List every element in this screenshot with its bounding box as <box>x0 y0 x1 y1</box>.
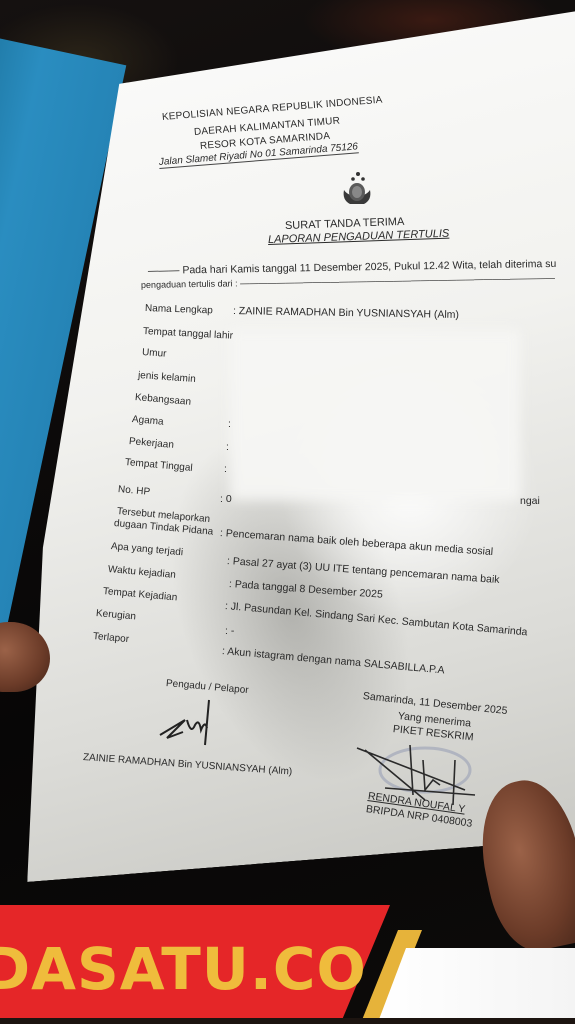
field-label-age: Umur <box>142 347 167 360</box>
detail-label-loss: Kerugian <box>96 608 137 622</box>
field-value-phone: : 0 <box>220 493 232 505</box>
field-value-occupation: : <box>226 441 229 453</box>
detail-label-what: Apa yang terjadi <box>111 541 184 558</box>
detail-value-loss: : - <box>225 625 234 637</box>
complainant-signature <box>155 690 235 750</box>
field-label-occupation: Pekerjaan <box>129 436 175 451</box>
police-emblem-icon <box>338 170 376 210</box>
field-label-gender: jenis kelamin <box>138 370 196 385</box>
field-label-address: Tempat Tinggal <box>125 457 194 474</box>
complainant-name: ZAINIE RAMADHAN Bin YUSNIANSYAH (Alm) <box>83 752 293 778</box>
report-value: : Pencemaran nama baik oleh beberapa aku… <box>220 527 494 558</box>
field-value-address: : <box>224 463 227 475</box>
field-value-name: : ZAINIE RAMADHAN Bin YUSNIANSYAH (Alm) <box>233 305 459 321</box>
detail-label-reported: Terlapor <box>93 631 130 645</box>
field-label-religion: Agama <box>132 414 165 428</box>
watermark-white-band <box>378 948 575 1022</box>
detail-label-when: Waktu kejadian <box>108 564 177 581</box>
field-value-phone-tail: ngai <box>520 495 540 507</box>
bottom-strip <box>0 1018 575 1024</box>
detail-value-when: : Pada tanggal 8 Desember 2025 <box>229 578 384 601</box>
letterhead-line-1: KEPOLISIAN NEGARA REPUBLIK INDONESIA <box>162 95 383 123</box>
field-label-birth: Tempat tanggal lahir <box>143 326 234 342</box>
detail-value-where: : Jl. Pasundan Kel. Sindang Sari Kec. Sa… <box>224 600 527 638</box>
field-label-nationality: Kebangsaan <box>135 392 192 408</box>
detail-label-where: Tempat Kejadian <box>103 586 178 603</box>
field-label-phone: No. HP <box>118 484 151 498</box>
field-value-religion: : <box>228 418 231 430</box>
watermark-text: DASATU.CO <box>0 935 367 1003</box>
detail-value-reported: : Akun istagram dengan nama SALSABILLA.P… <box>221 645 445 676</box>
field-label-name: Nama Lengkap <box>145 303 213 316</box>
